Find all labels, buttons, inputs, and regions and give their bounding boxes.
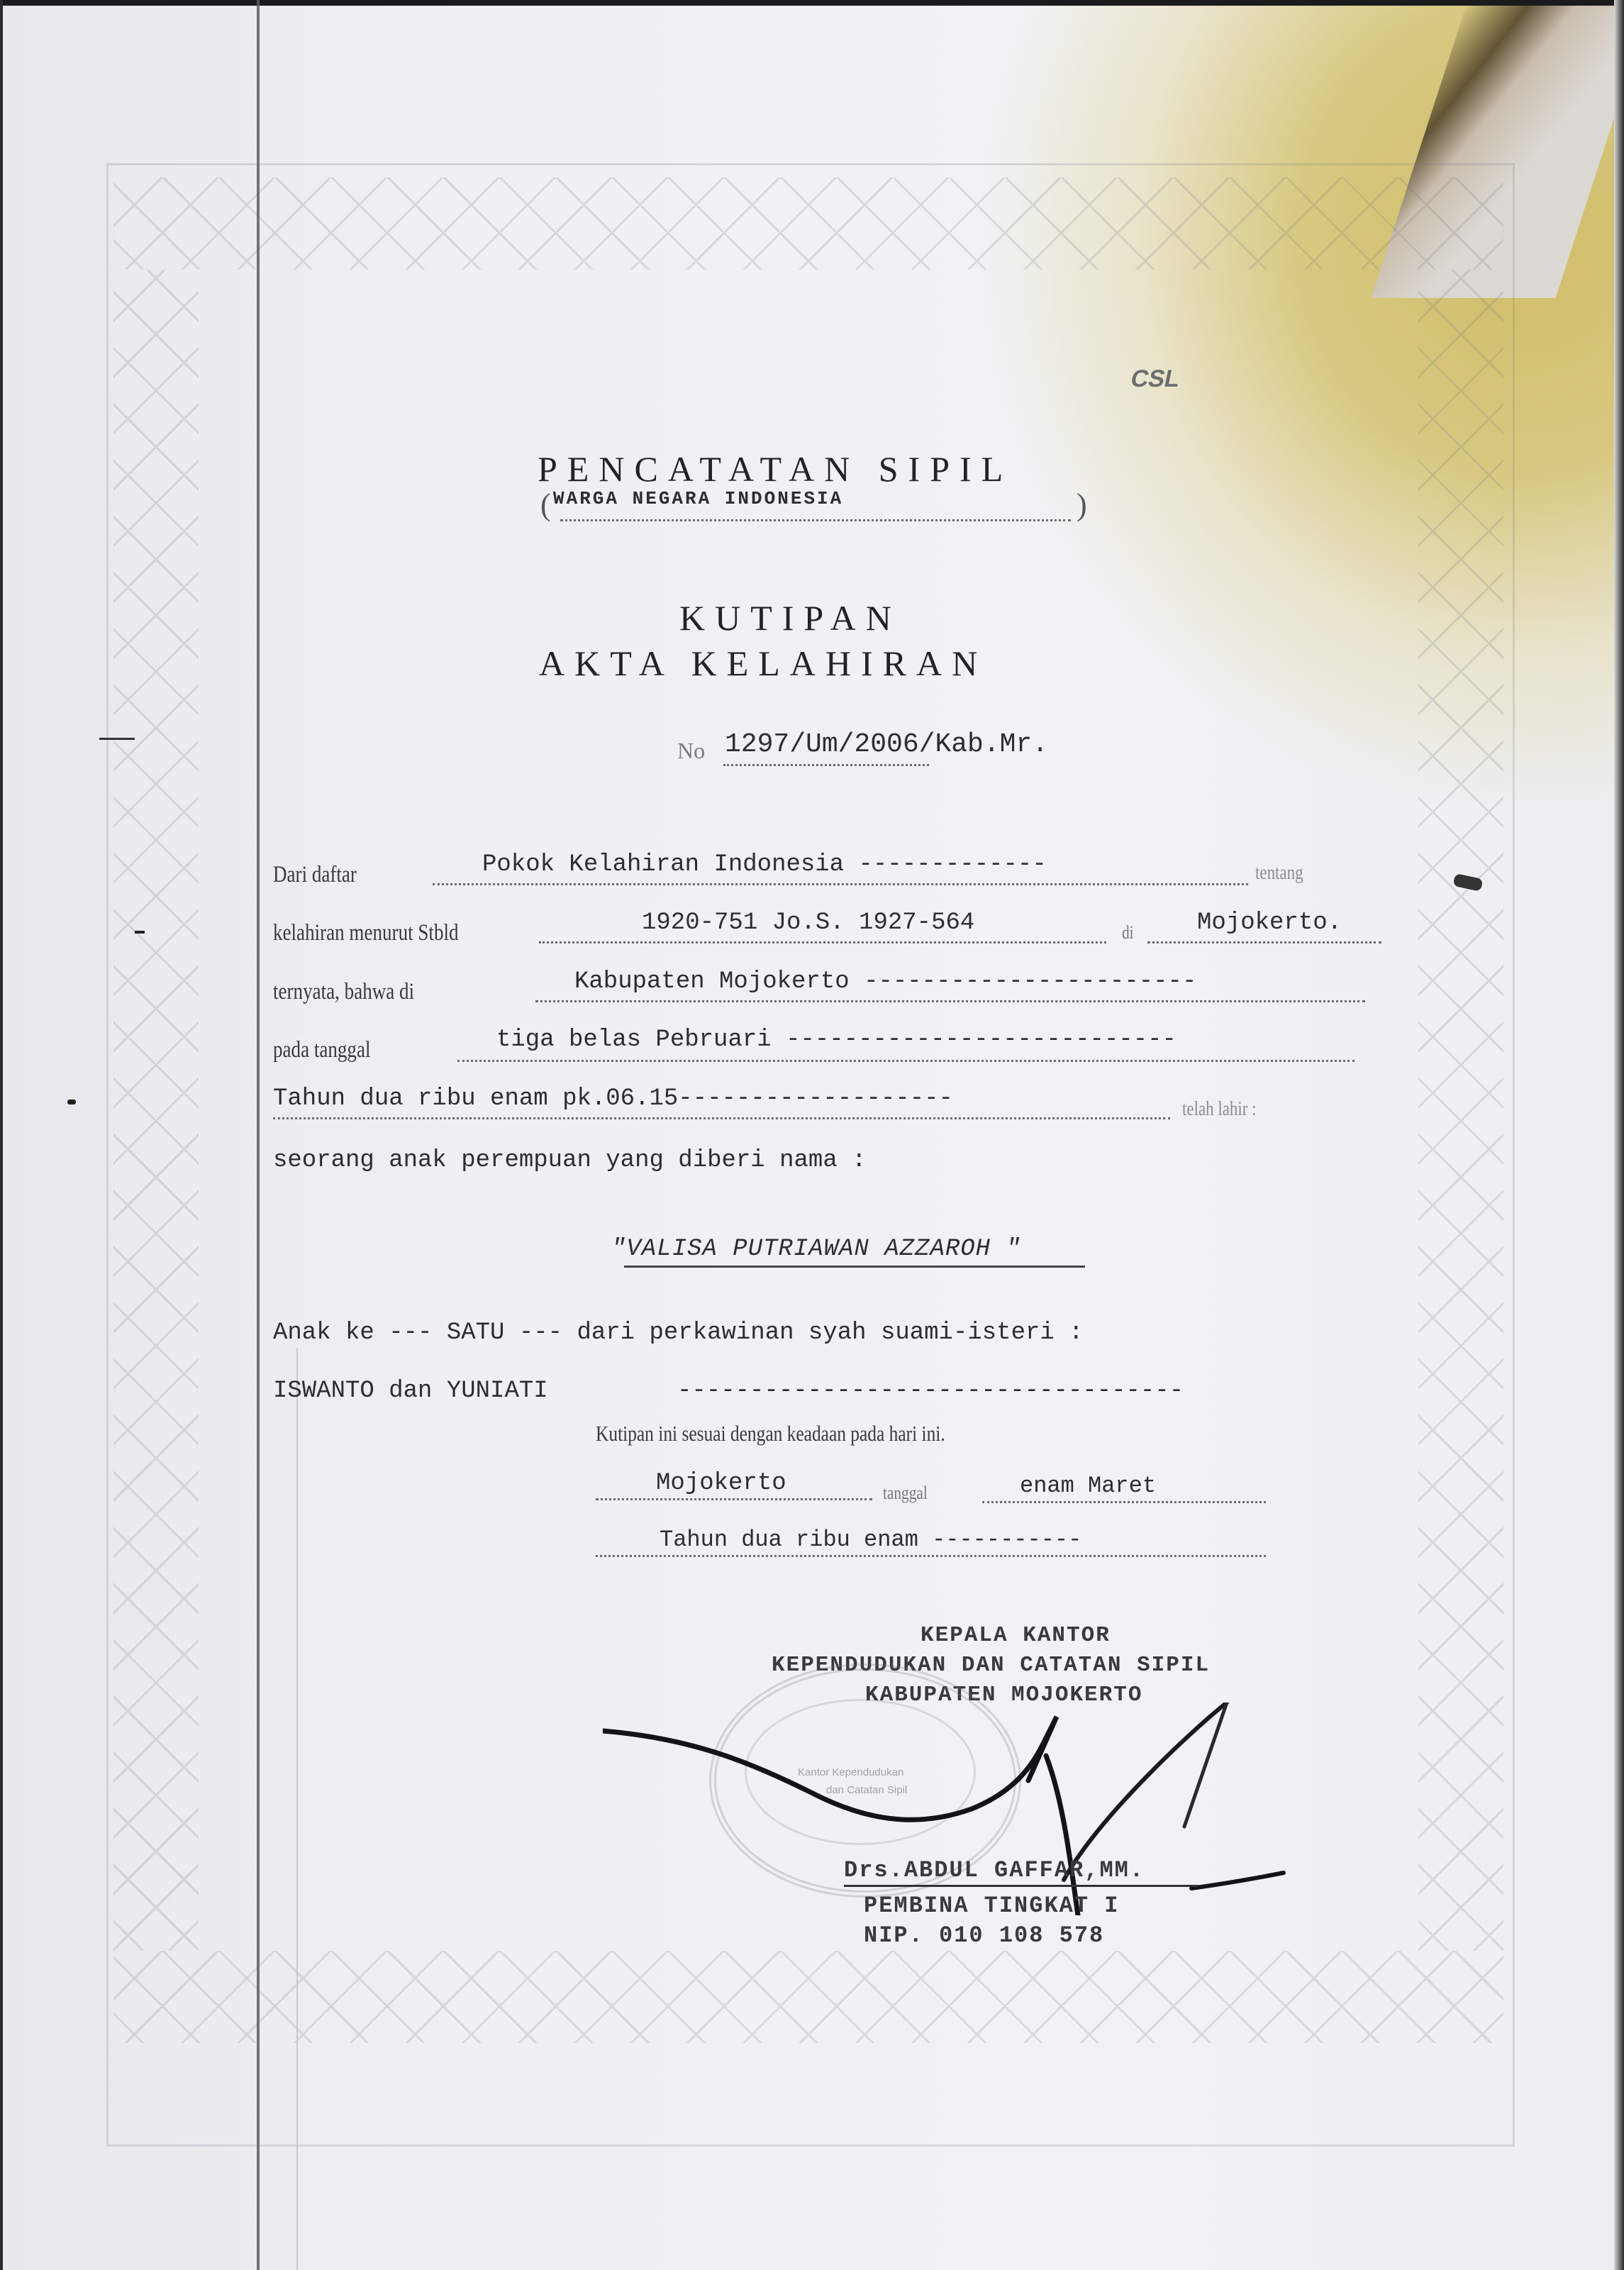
number-label: No	[677, 738, 705, 764]
top-edge-shadow	[0, 0, 1624, 6]
child-name: "VALISA PUTRIAWAN AZZAROH "	[611, 1236, 1021, 1263]
label-pada-tanggal: pada tanggal	[273, 1037, 371, 1063]
margin-mark	[135, 931, 145, 934]
field-birth-place: Kabupaten Mojokerto --------------------…	[574, 968, 1196, 995]
dotted-line	[457, 1060, 1355, 1062]
label-ternyata: ternyata, bahwa di	[273, 979, 414, 1005]
field-place: Mojokerto.	[1197, 909, 1342, 936]
margin-mark	[99, 738, 135, 740]
document-page: CSL PENCATATAN SIPIL ( WARGA NEGARA INDO…	[0, 0, 1624, 2270]
label-stbld: kelahiran menurut Stbld	[273, 920, 459, 946]
dotted-line	[1147, 941, 1381, 943]
text-child-sex: seorang anak perempuan yang diberi nama …	[273, 1147, 867, 1174]
paren-right: )	[1077, 487, 1087, 523]
border-pattern-right	[1418, 270, 1503, 1951]
signatory-name-underline	[844, 1885, 1198, 1887]
label-tanggal: tanggal	[883, 1483, 928, 1504]
handwritten-signature	[603, 1702, 1404, 1915]
number-dotted-line	[723, 764, 929, 766]
certify-text: Kutipan ini sesuai dengan keadaan pada h…	[596, 1421, 945, 1446]
dotted-line	[539, 941, 1106, 943]
signatory-title-1: KEPALA KANTOR	[921, 1623, 1111, 1648]
field-birth-date: tiga belas Pebruari --------------------…	[496, 1026, 1177, 1053]
dotted-line	[273, 1117, 1170, 1119]
text-child-order: Anak ke --- SATU --- dari perkawinan sya…	[273, 1319, 1084, 1346]
signatory-nip: NIP. 010 108 578	[864, 1922, 1104, 1949]
parents-names: ISWANTO dan YUNIATI	[273, 1378, 548, 1405]
signatory-name: Drs.ABDUL GAFFAR,MM.	[844, 1857, 1145, 1883]
doc-type-line1: KUTIPAN	[679, 597, 901, 638]
signatory-rank: PEMBINA TINGKAT I	[864, 1893, 1119, 1919]
label-telah-lahir: telah lahir :	[1182, 1098, 1257, 1121]
field-dari-daftar: Pokok Kelahiran Indonesia -------------	[482, 851, 1047, 878]
margin-mark	[67, 1100, 76, 1104]
fold-crease	[296, 1348, 298, 2270]
issue-year: Tahun dua ribu enam -----------	[660, 1527, 1081, 1553]
header-title: PENCATATAN SIPIL	[538, 448, 1013, 489]
header-subtitle: WARGA NEGARA INDONESIA	[553, 488, 843, 509]
paren-left: (	[540, 487, 551, 523]
fold-line	[257, 0, 260, 2270]
dotted-line	[596, 1498, 872, 1500]
dotted-line	[535, 1000, 1365, 1002]
subtitle-dotted-line	[560, 519, 1071, 521]
right-edge	[1614, 0, 1624, 2270]
label-di: di	[1122, 922, 1134, 943]
dotted-line	[433, 883, 1248, 885]
border-pattern-left	[113, 270, 199, 1951]
dotted-line	[982, 1501, 1266, 1503]
field-stbld: 1920-751 Jo.S. 1927-564	[642, 909, 974, 936]
label-dari-daftar: Dari daftar	[273, 862, 357, 888]
label-tentang: tentang	[1255, 862, 1303, 885]
certificate-number: 1297/Um/2006/Kab.Mr.	[725, 729, 1048, 760]
corner-code: CSL	[1128, 365, 1182, 393]
issue-date: enam Maret	[1020, 1473, 1156, 1499]
child-name-underline	[624, 1266, 1085, 1268]
border-pattern-top	[113, 177, 1503, 270]
left-edge	[0, 0, 3, 2270]
border-pattern-bottom	[113, 1951, 1503, 2043]
parents-filler: -----------------------------------	[677, 1378, 1184, 1405]
dotted-line	[596, 1555, 1266, 1557]
doc-type-line2: AKTA KELAHIRAN	[539, 643, 987, 684]
field-birth-year-time: Tahun dua ribu enam pk.06.15------------…	[273, 1085, 953, 1112]
issue-place: Mojokerto	[656, 1470, 786, 1497]
